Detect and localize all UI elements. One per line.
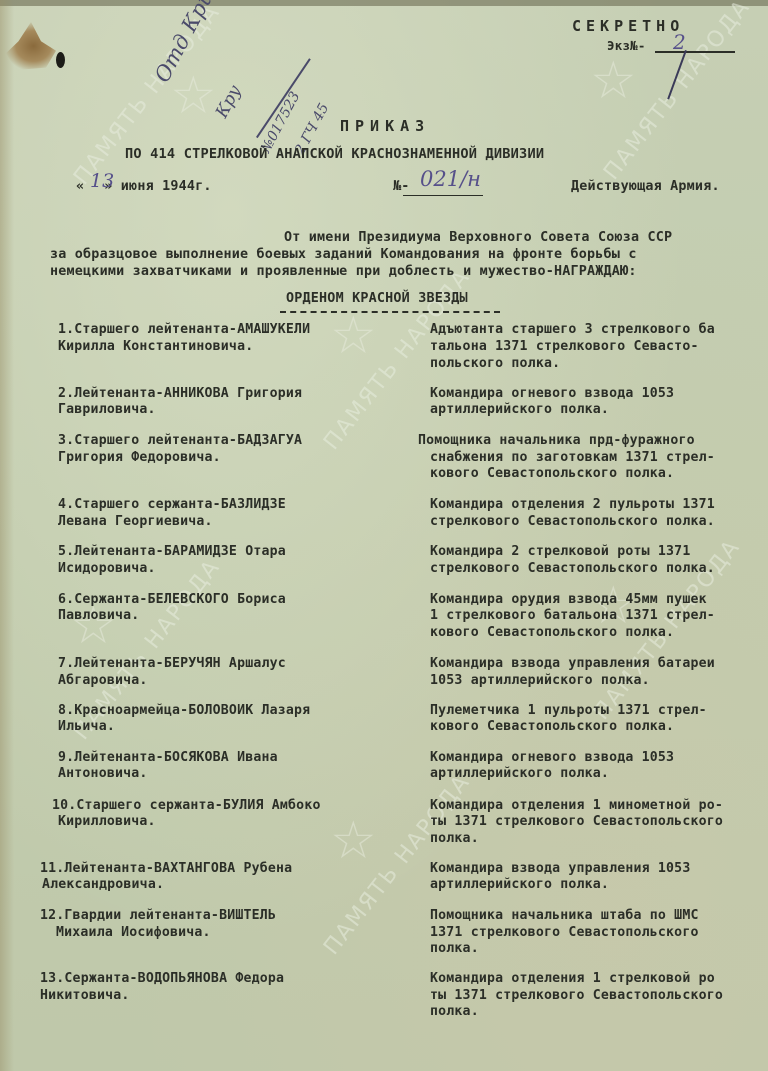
recipient-name: Абгаровича.: [58, 673, 148, 689]
recipient-position: тальона 1371 стрелкового Севасто-: [430, 339, 699, 355]
recipient-name: 2.Лейтенанта-АННИКОВА Григория: [58, 386, 302, 402]
recipient-name: Павловича.: [58, 608, 139, 624]
recipient-position: кового Севастопольского полка.: [430, 625, 674, 641]
recipient-position: Пулеметчика 1 пульроты 1371 стрел-: [430, 703, 707, 719]
watermark-star-icon: ☆: [590, 55, 637, 107]
date-open-quote: «: [76, 179, 84, 194]
order-number: 021/н: [420, 167, 481, 191]
recipient-position: Командира отделения 1 минометной ро-: [430, 798, 723, 814]
recipient-name: 7.Лейтенанта-БЕРУЧЯН Аршалус: [58, 656, 286, 672]
recipient-name: Михаила Иосифовича.: [56, 925, 211, 941]
watermark-star-icon: ☆: [330, 815, 377, 867]
recipient-position: Командира огневого взвода 1053: [430, 386, 674, 402]
handwritten-note: Кру: [212, 82, 246, 121]
recipient-position: Помощника начальника штаба по ШМС: [430, 908, 699, 924]
recipient-name: Григория Федоровича.: [58, 450, 221, 466]
recipient-name: 9.Лейтенанта-БОСЯКОВА Ивана: [58, 750, 278, 766]
recipient-position: полка.: [430, 941, 479, 957]
recipient-name: Кирилла Константиновича.: [58, 339, 253, 355]
date-day: 13: [90, 170, 114, 192]
scan-top-edge: [0, 0, 768, 6]
recipient-name: 11.Лейтенанта-ВАХТАНГОВА Рубена: [40, 861, 292, 877]
recipient-name: Антоновича.: [58, 766, 148, 782]
order-number-line: [403, 195, 483, 196]
recipient-position: полка.: [430, 831, 479, 847]
date-month-year: » июня 1944г.: [104, 179, 211, 194]
recipient-name: 1.Старшего лейтенанта-АМАШУКЕЛИ: [58, 322, 310, 338]
recipient-name: Кирилловича.: [58, 814, 156, 830]
recipient-name: 6.Сержанта-БЕЛЕВСКОГО Бориса: [58, 592, 286, 608]
recipient-position: ты 1371 стрелкового Севастопольского: [430, 988, 723, 1004]
award-heading-underline: [280, 311, 500, 313]
recipient-position: стрелкового Севастопольского полка.: [430, 561, 715, 577]
document-page: ☆ ПАМЯТЬ НАРОДА ☆ ПАМЯТЬ НАРОДА ☆ ПАМЯТЬ…: [0, 0, 768, 1071]
recipient-name: 3.Старшего лейтенанта-БАДЗАГУА: [58, 433, 302, 449]
recipient-name: 5.Лейтенанта-БАРАМИДЗЕ Отара: [58, 544, 286, 560]
punch-hole: [56, 52, 65, 68]
recipient-position: Адъютанта старшего 3 стрелкового ба: [430, 322, 715, 338]
recipient-position: Командира отделения 2 пульроты 1371: [430, 497, 715, 513]
recipient-position: Командира взвода управления 1053: [430, 861, 690, 877]
recipient-name: 12.Гвардии лейтенанта-ВИШТЕЛЬ: [40, 908, 276, 924]
recipient-position: артиллерийского полка.: [430, 402, 609, 418]
recipient-position: Командира орудия взвода 45мм пушек: [430, 592, 707, 608]
recipient-name: 13.Сержанта-ВОДОПЬЯНОВА Федора: [40, 971, 284, 987]
intro-line: за образцовое выполнение боевых заданий …: [50, 247, 637, 263]
award-heading: ОРДЕНОМ КРАСНОЙ ЗВЕЗДЫ: [286, 291, 468, 307]
document-title: ПРИКАЗ: [340, 118, 430, 134]
recipient-position: кового Севастопольского полка.: [430, 719, 674, 735]
watermark-star-icon: ☆: [170, 70, 217, 122]
recipient-position: артиллерийского полка.: [430, 766, 609, 782]
document-subtitle: ПО 414 СТРЕЛКОВОЙ АНАПСКОЙ КРАСНОЗНАМЕНН…: [125, 146, 544, 162]
recipient-position: польского полка.: [430, 356, 560, 372]
recipient-name: 10.Старшего сержанта-БУЛИЯ Амбоко: [52, 798, 321, 814]
recipient-name: 8.Красноармейца-БОЛОВОИК Лазаря: [58, 703, 310, 719]
recipient-position: Командира 2 стрелковой роты 1371: [430, 544, 690, 560]
copy-number-line: [655, 51, 735, 53]
recipient-name: Никитовича.: [40, 988, 130, 1004]
recipient-name: Гавриловича.: [58, 402, 156, 418]
recipient-position: ты 1371 стрелкового Севастопольского: [430, 814, 723, 830]
watermark-star-icon: ☆: [330, 310, 377, 362]
recipient-name: Левана Георгиевича.: [58, 514, 213, 530]
intro-line: От имени Президиума Верховного Совета Со…: [284, 230, 672, 246]
recipient-name: 4.Старшего сержанта-БАЗЛИДЗЕ: [58, 497, 286, 513]
recipient-position: полка.: [430, 1004, 479, 1020]
recipient-position: Командира огневого взвода 1053: [430, 750, 674, 766]
location: Действующая Армия.: [571, 179, 720, 195]
recipient-position: 1 стрелкового батальона 1371 стрел-: [430, 608, 715, 624]
paper-edge-shadow: [0, 0, 14, 1071]
copy-label: Экз№-: [607, 38, 646, 54]
recipient-position: артиллерийского полка.: [430, 877, 609, 893]
recipient-position: снабжения по заготовкам 1371 стрел-: [430, 450, 715, 466]
recipient-position: стрелкового Севастопольского полка.: [430, 514, 715, 530]
order-number-label: №-: [393, 179, 410, 195]
secret-stamp: СЕКРЕТНО: [572, 18, 684, 34]
recipient-position: 1053 артиллерийского полка.: [430, 673, 650, 689]
recipient-position: Командира взвода управления батареи: [430, 656, 715, 672]
intro-line: немецкими захватчиками и проявленные при…: [50, 264, 637, 280]
recipient-name: Исидоровича.: [58, 561, 156, 577]
recipient-name: Ильича.: [58, 719, 115, 735]
recipient-position: Помощника начальника прд-фуражного: [418, 433, 695, 449]
recipient-position: Командира отделения 1 стрелковой ро: [430, 971, 715, 987]
recipient-position: 1371 стрелкового Севастопольского: [430, 925, 699, 941]
recipient-position: кового Севастопольского полка.: [430, 466, 674, 482]
recipient-name: Александровича.: [42, 877, 164, 893]
